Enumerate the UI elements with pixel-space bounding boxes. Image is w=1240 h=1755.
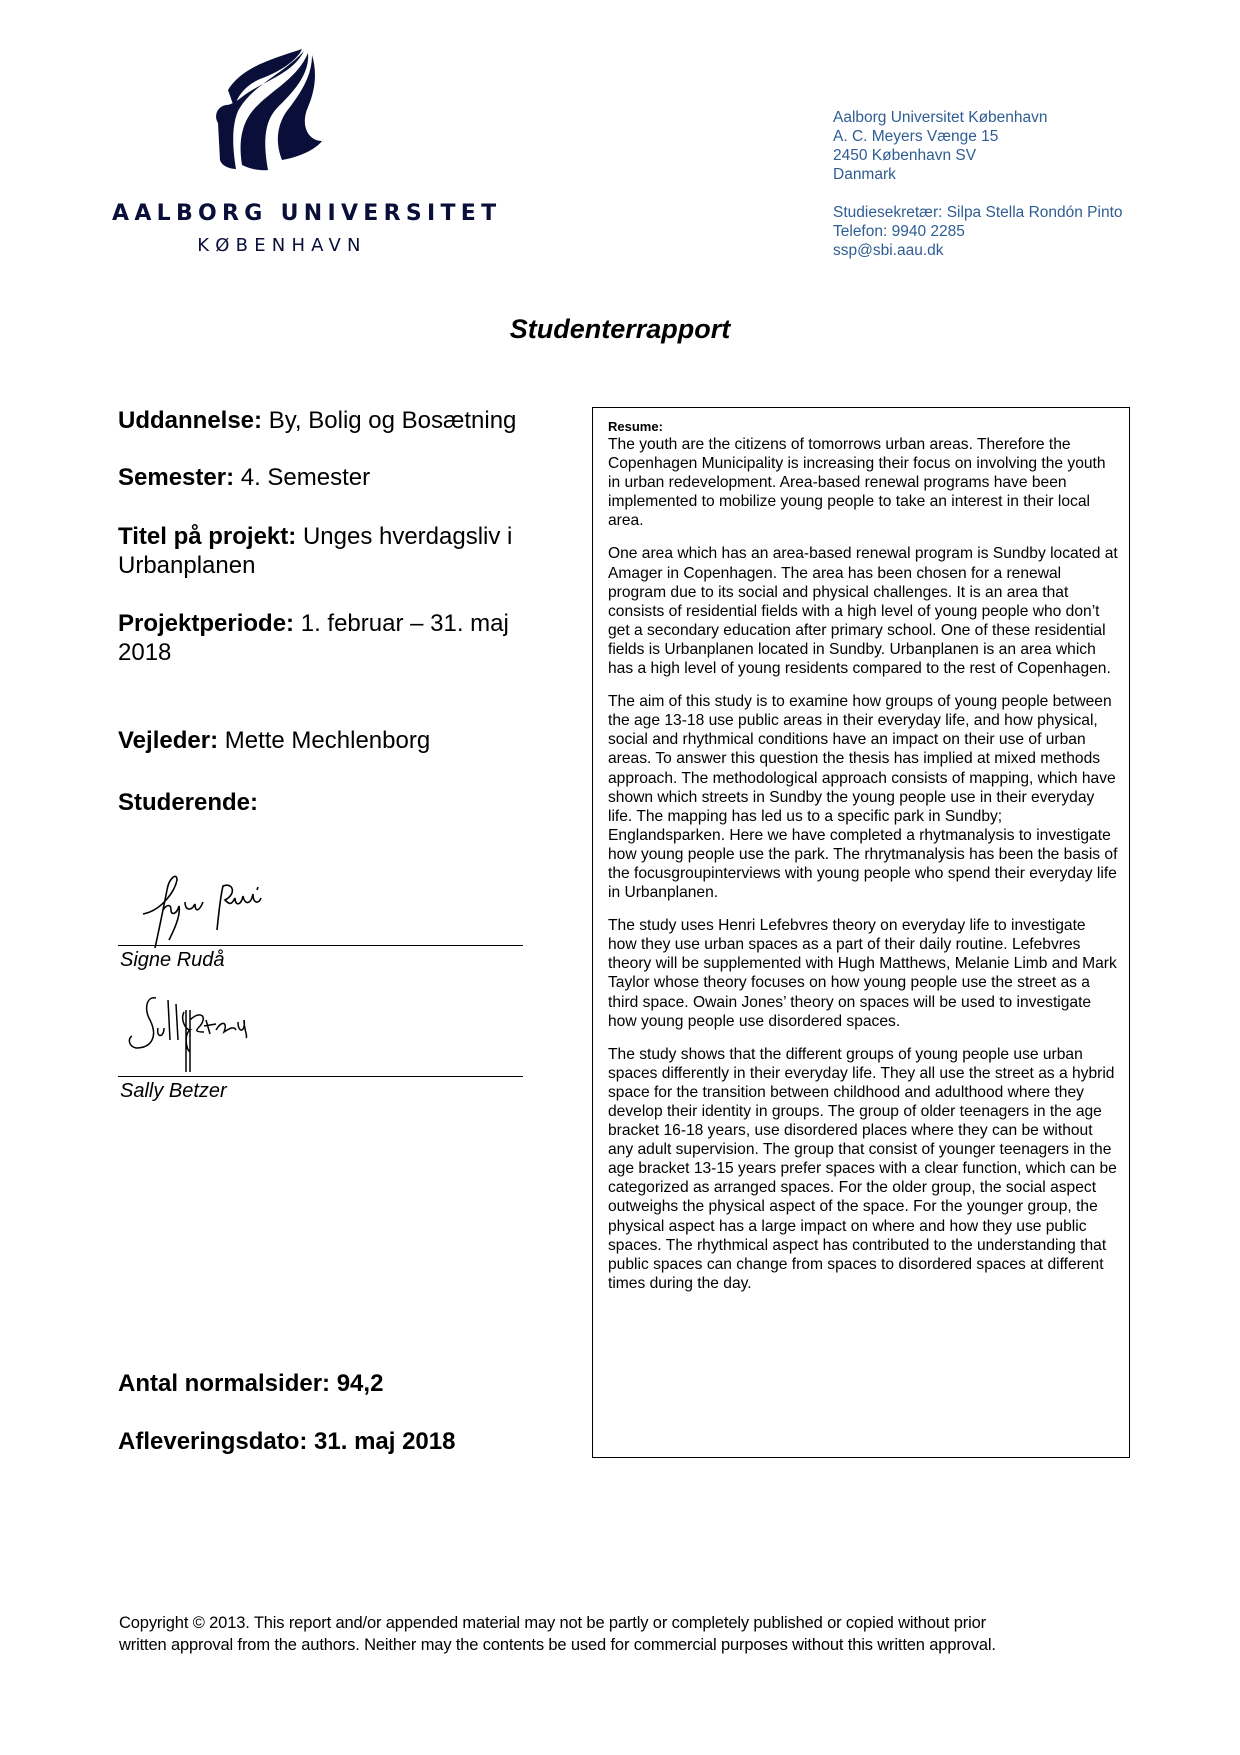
copyright-line: Copyright © 2013. This report and/or app… <box>119 1612 1119 1634</box>
address-line: 2450 København SV <box>833 146 1123 165</box>
info-label: Studerende: <box>118 789 258 816</box>
student-name: Signe Rudå <box>120 949 225 972</box>
info-label: Titel på projekt: <box>118 523 296 550</box>
resume-paragraph: The study shows that the different group… <box>608 1045 1118 1293</box>
info-label: Semester: <box>118 464 234 491</box>
aau-wave-logo-icon <box>212 45 332 185</box>
info-periode: Projektperiode: 1. februar – 31. maj 201… <box>118 609 558 667</box>
resume-paragraph: The youth are the citizens of tomorrows … <box>608 435 1118 530</box>
info-value: 4. Semester <box>241 464 370 491</box>
signature-signe-icon <box>133 870 313 950</box>
page-count: Antal normalsider: 94,2 <box>118 1370 383 1398</box>
signature-sally-icon <box>126 990 296 1075</box>
info-vejleder: Vejleder: Mette Mechlenborg <box>118 726 558 755</box>
address-block: Aalborg Universitet København A. C. Meye… <box>833 108 1123 260</box>
copyright-line: written approval from the authors. Neith… <box>119 1634 1119 1656</box>
info-label: Projektperiode: <box>118 610 294 637</box>
secretary-line: Studiesekretær: Silpa Stella Rondón Pint… <box>833 203 1123 222</box>
info-titel: Titel på projekt: Unges hverdagsliv i Ur… <box>118 522 558 580</box>
info-semester: Semester: 4. Semester <box>118 463 558 492</box>
info-label: Vejleder: <box>118 727 218 754</box>
address-line: A. C. Meyers Vænge 15 <box>833 127 1123 146</box>
info-value: By, Bolig og Bosætning <box>269 407 517 434</box>
resume-paragraph: One area which has an area-based renewal… <box>608 544 1118 678</box>
resume-paragraph: The study uses Henri Lefebvres theory on… <box>608 916 1118 1031</box>
page-title: Studenterrapport <box>0 314 1240 345</box>
address-line: Aalborg Universitet København <box>833 108 1123 127</box>
address-line: Danmark <box>833 165 1123 184</box>
resume-label: Resume: <box>608 419 1118 435</box>
info-studerende: Studerende: <box>118 788 558 817</box>
email-link[interactable]: ssp@sbi.aau.dk <box>833 241 1123 260</box>
student-name: Sally Betzer <box>120 1080 227 1103</box>
info-label: Uddannelse: <box>118 407 262 434</box>
phone-line: Telefon: 9940 2285 <box>833 222 1123 241</box>
university-campus: KØBENHAVN <box>112 235 452 256</box>
copyright-notice: Copyright © 2013. This report and/or app… <box>119 1612 1119 1656</box>
info-uddannelse: Uddannelse: By, Bolig og Bosætning <box>118 406 558 435</box>
resume-paragraph: The aim of this study is to examine how … <box>608 692 1118 902</box>
submission-date: Afleveringsdato: 31. maj 2018 <box>118 1428 455 1456</box>
resume-box: Resume: The youth are the citizens of to… <box>592 407 1130 1458</box>
university-name: AALBORG UNIVERSITET <box>112 201 452 226</box>
info-value: Mette Mechlenborg <box>225 727 430 754</box>
